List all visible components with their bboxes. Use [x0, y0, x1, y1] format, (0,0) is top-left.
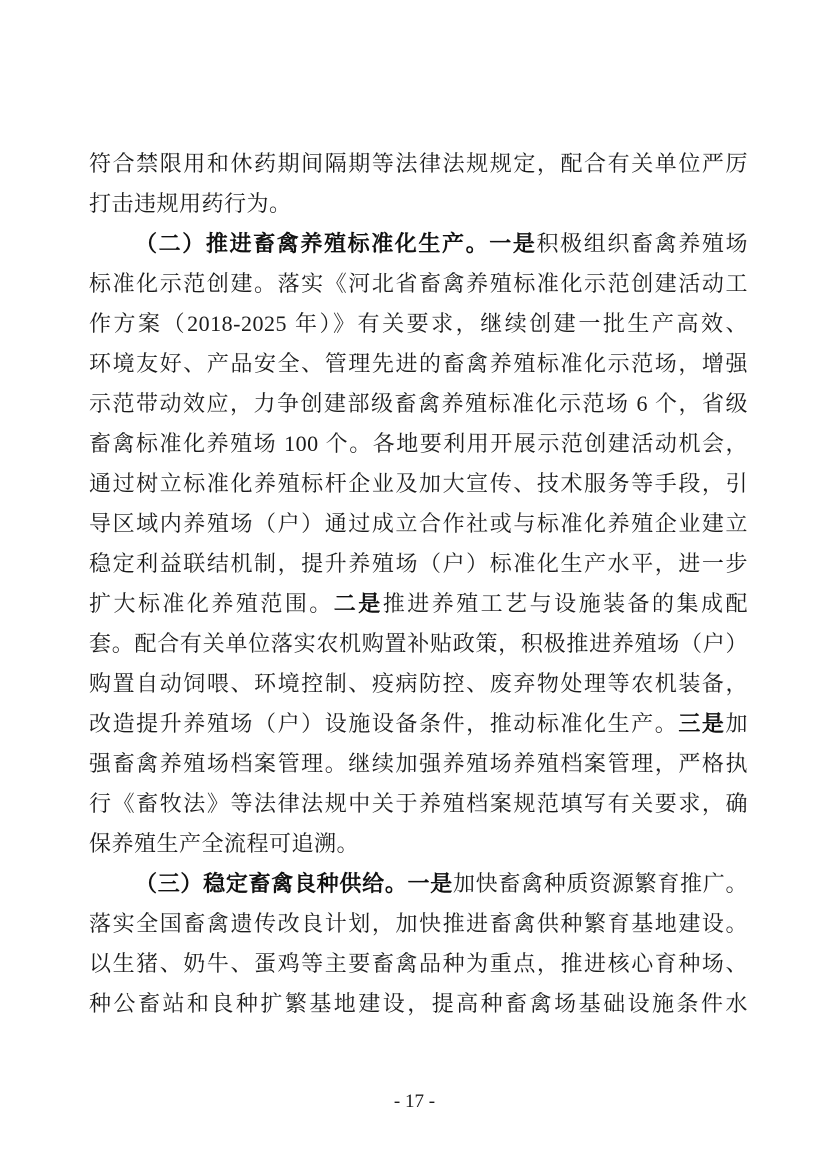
text-line: 以生猪、奶牛、蛋鸡等主要畜禽品种为重点，推进核心育种场、 [89, 944, 748, 984]
text-run: 落实全国畜禽遗传改良计划，加快推进畜禽供种繁育基地建设。 [89, 911, 748, 936]
text-run: 扩大标准化养殖范围。 [89, 591, 334, 616]
text-line: 畜禽标准化养殖场 100 个。各地要利用开展示范创建活动机会， [89, 424, 748, 464]
page-footer: - 17 - [0, 1091, 829, 1113]
document-page: 符合禁限用和休药期间隔期等法律法规规定，配合有关单位严厉打击违规用药行为。（二）… [0, 0, 829, 1173]
text-run: 套。配合有关单位落实农机购置补贴政策，积极推进养殖场（户） [89, 631, 748, 656]
text-line: （二）推进畜禽养殖标准化生产。一是积极组织畜禽养殖场 [89, 224, 748, 264]
text-line: 打击违规用药行为。 [89, 184, 748, 224]
text-line: 强畜禽养殖场档案管理。继续加强养殖场养殖档案管理，严格执 [89, 744, 748, 784]
text-run: 畜禽标准化养殖场 100 个。各地要利用开展示范创建活动机会， [89, 431, 748, 456]
paragraph: （三）稳定畜禽良种供给。一是加快畜禽种质资源繁育推广。落实全国畜禽遗传改良计划，… [89, 864, 748, 1024]
text-run: 标准化示范创建。落实《河北省畜禽养殖标准化示范创建活动工 [89, 271, 748, 296]
text-run: 推进养殖工艺与设施装备的集成配 [383, 591, 748, 616]
text-run: 加快畜禽种质资源繁育推广。 [453, 871, 748, 896]
text-run: 示范带动效应，力争创建部级畜禽养殖标准化示范场 6 个，省级 [89, 391, 748, 416]
text-line: 落实全国畜禽遗传改良计划，加快推进畜禽供种繁育基地建设。 [89, 904, 748, 944]
text-line: 通过树立标准化养殖标杆企业及加大宣传、技术服务等手段，引 [89, 464, 748, 504]
text-line: （三）稳定畜禽良种供给。一是加快畜禽种质资源繁育推广。 [89, 864, 748, 904]
text-run: 种公畜站和良种扩繁基地建设，提高种畜禽场基础设施条件水 [89, 991, 748, 1016]
text-line: 环境友好、产品安全、管理先进的畜禽养殖标准化示范场，增强 [89, 344, 748, 384]
text-line: 符合禁限用和休药期间隔期等法律法规规定，配合有关单位严厉 [89, 144, 748, 184]
text-run: 改造提升养殖场（户）设施设备条件，推动标准化生产。 [89, 711, 678, 736]
text-run: 保养殖生产全流程可追溯。 [89, 831, 359, 856]
text-run: 符合禁限用和休药期间隔期等法律法规规定，配合有关单位严厉 [89, 151, 748, 176]
bold-text-run: 三是 [678, 711, 725, 736]
bold-text-run: （二）推进畜禽养殖标准化生产。一是 [135, 231, 537, 256]
text-run: 以生猪、奶牛、蛋鸡等主要畜禽品种为重点，推进核心育种场、 [89, 951, 748, 976]
text-line: 作方案（2018-2025 年）》有关要求，继续创建一批生产高效、 [89, 304, 748, 344]
text-line: 购置自动饲喂、环境控制、疫病防控、废弃物处理等农机装备， [89, 664, 748, 704]
text-run: 购置自动饲喂、环境控制、疫病防控、废弃物处理等农机装备， [89, 671, 748, 696]
bold-text-run: 二是 [334, 591, 383, 616]
text-line: 扩大标准化养殖范围。二是推进养殖工艺与设施装备的集成配 [89, 584, 748, 624]
text-line: 行《畜牧法》等法律法规中关于养殖档案规范填写有关要求，确 [89, 784, 748, 824]
text-run: 环境友好、产品安全、管理先进的畜禽养殖标准化示范场，增强 [89, 351, 748, 376]
text-run: 作方案（2018-2025 年）》有关要求，继续创建一批生产高效、 [89, 311, 748, 336]
text-run: 加 [725, 711, 748, 736]
text-run: 打击违规用药行为。 [89, 191, 292, 216]
text-line: 示范带动效应，力争创建部级畜禽养殖标准化示范场 6 个，省级 [89, 384, 748, 424]
paragraph: 符合禁限用和休药期间隔期等法律法规规定，配合有关单位严厉打击违规用药行为。 [89, 144, 748, 224]
text-line: 标准化示范创建。落实《河北省畜禽养殖标准化示范创建活动工 [89, 264, 748, 304]
text-line: 套。配合有关单位落实农机购置补贴政策，积极推进养殖场（户） [89, 624, 748, 664]
page-number: - 17 - [394, 1091, 435, 1112]
text-run: 通过树立标准化养殖标杆企业及加大宣传、技术服务等手段，引 [89, 471, 748, 496]
bold-text-run: （三）稳定畜禽良种供给。一是 [135, 871, 453, 896]
text-line: 种公畜站和良种扩繁基地建设，提高种畜禽场基础设施条件水 [89, 984, 748, 1024]
text-run: 强畜禽养殖场档案管理。继续加强养殖场养殖档案管理，严格执 [89, 751, 748, 776]
text-run: 导区域内养殖场（户）通过成立合作社或与标准化养殖企业建立 [89, 511, 748, 536]
text-line: 导区域内养殖场（户）通过成立合作社或与标准化养殖企业建立 [89, 504, 748, 544]
document-body: 符合禁限用和休药期间隔期等法律法规规定，配合有关单位严厉打击违规用药行为。（二）… [89, 144, 748, 1024]
text-run: 稳定利益联结机制，提升养殖场（户）标准化生产水平，进一步 [89, 551, 748, 576]
text-run: 积极组织畜禽养殖场 [537, 231, 748, 256]
text-line: 稳定利益联结机制，提升养殖场（户）标准化生产水平，进一步 [89, 544, 748, 584]
text-run: 行《畜牧法》等法律法规中关于养殖档案规范填写有关要求，确 [89, 791, 748, 816]
text-line: 改造提升养殖场（户）设施设备条件，推动标准化生产。三是加 [89, 704, 748, 744]
text-line: 保养殖生产全流程可追溯。 [89, 824, 748, 864]
paragraph: （二）推进畜禽养殖标准化生产。一是积极组织畜禽养殖场标准化示范创建。落实《河北省… [89, 224, 748, 864]
